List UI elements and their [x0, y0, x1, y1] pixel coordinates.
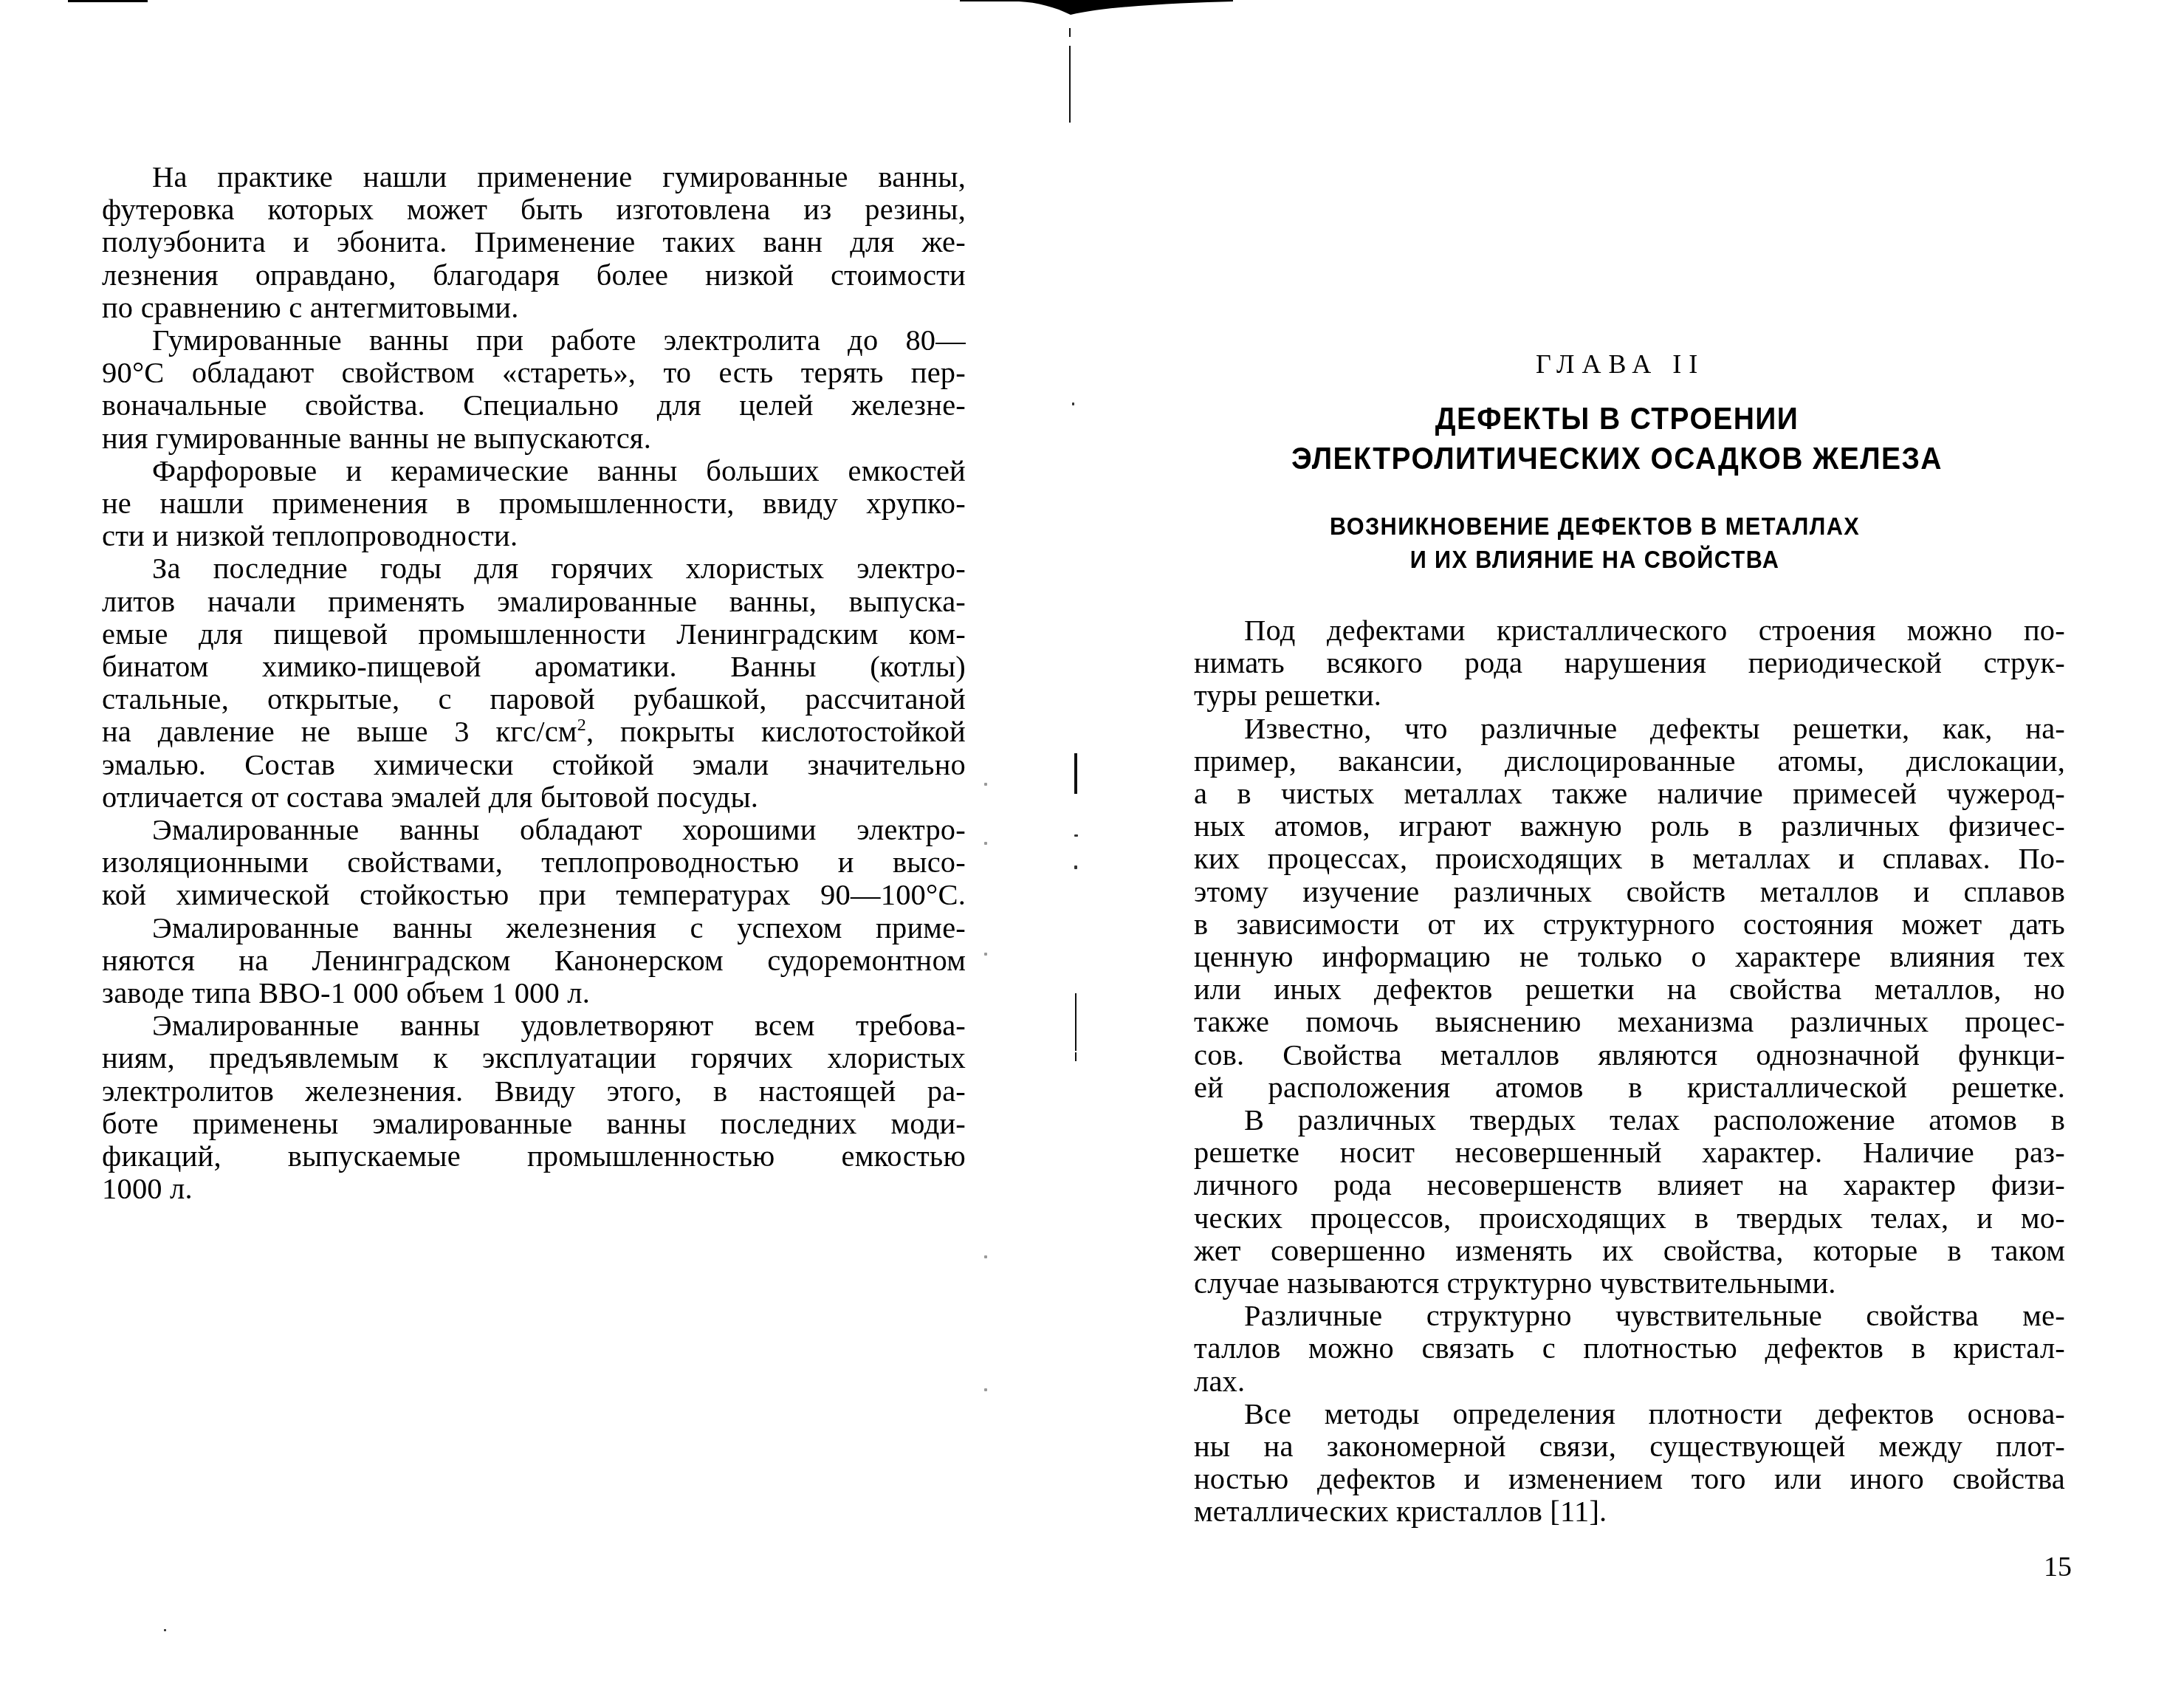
text-line: таллов можно связать с плотностью дефект… — [1194, 1332, 2065, 1365]
text-line: кой химической стойкостью при температур… — [102, 879, 966, 911]
text-line: ны на закономерной связи, существующей м… — [1194, 1430, 2065, 1463]
text-line: отличается от состава эмалей для бытовой… — [102, 781, 966, 814]
gutter-line-bottom — [1075, 1052, 1076, 1061]
text-fragment: , покрыты кислотостойкой — [586, 715, 966, 748]
text-line: по сравнению с антегмитовыми. — [102, 292, 966, 324]
text-line: в зависимости от их структурного состоян… — [1194, 908, 2065, 941]
left-page-body: На практике нашли применение гумированны… — [102, 161, 966, 1206]
text-line: Эмалированные ванны обладают хорошими эл… — [102, 814, 966, 846]
text-line: стальные, открытые, с паровой рубашкой, … — [102, 683, 966, 716]
paragraph: Эмалированные ванны обладают хорошими эл… — [102, 814, 966, 912]
gutter-line-mid — [1074, 753, 1077, 794]
text-line: нимать всякого рода нарушения периодичес… — [1194, 647, 2065, 679]
text-line: личного рода несовершенств влияет на хар… — [1194, 1169, 2065, 1201]
paragraph: Эмалированные ванны удовлетворяют всем т… — [102, 1009, 966, 1205]
text-line: Известно, что различные дефекты решетки,… — [1194, 713, 2065, 745]
text-line: Фарфоровые и керамические ванны больших … — [102, 455, 966, 487]
text-line: ностью дефектов и изменением того или ин… — [1194, 1463, 2065, 1495]
paragraph: За последние годы для горячих хлористых … — [102, 552, 966, 814]
chapter-title-line: ЭЛЕКТРОЛИТИЧЕСКИХ ОСАДКОВ ЖЕЛЕЗА — [1257, 439, 1978, 479]
text-line: ческих процессов, происходящих в твердых… — [1194, 1202, 2065, 1235]
text-line: боте применены эмалированные ванны после… — [102, 1108, 966, 1140]
scan-speck — [1074, 865, 1077, 869]
text-line: 1000 л. — [102, 1173, 966, 1205]
text-fragment: на давление не выше 3 кгс/см — [102, 715, 577, 748]
text-line: сти и низкой теплопроводности. — [102, 520, 966, 552]
chapter-title: ДЕФЕКТЫ В СТРОЕНИИ ЭЛЕКТРОЛИТИЧЕСКИХ ОСА… — [1257, 399, 1978, 479]
superscript: 2 — [577, 716, 586, 735]
text-line: Эмалированные ванны удовлетворяют всем т… — [102, 1009, 966, 1042]
text-line: бинатом химико-пищевой ароматики. Ванны … — [102, 651, 966, 683]
text-line: жет совершенно изменять их свойства, кот… — [1194, 1235, 2065, 1267]
text-line: литов начали применять эмалированные ван… — [102, 586, 966, 618]
text-line: ких процессах, происходящих в металлах и… — [1194, 843, 2065, 875]
text-line: Под дефектами кристаллического строения … — [1194, 614, 2065, 647]
text-line: пример, вакансии, дислоцированные атомы,… — [1194, 745, 2065, 778]
text-line: футеровка которых может быть изготовлена… — [102, 193, 966, 226]
text-line: туры решетки. — [1194, 679, 2065, 712]
text-line: Различные структурно чувствительные свой… — [1194, 1300, 2065, 1332]
paragraph: В различных твердых телах расположение а… — [1194, 1104, 2065, 1300]
text-line: лах. — [1194, 1365, 2065, 1398]
text-line: а в чистых металлах также наличие примес… — [1194, 778, 2065, 810]
text-line: фикаций, выпускаемые промышленностью емк… — [102, 1140, 966, 1173]
text-line: случае называются структурно чувствитель… — [1194, 1267, 2065, 1300]
right-page-body: Под дефектами кристаллического строения … — [1194, 614, 2065, 1529]
text-line-with-superscript: на давление не выше 3 кгс/см2, покрыты к… — [102, 716, 966, 748]
text-line: изоляционными свойствами, теплопроводнос… — [102, 846, 966, 879]
chapter-title-line: ДЕФЕКТЫ В СТРОЕНИИ — [1257, 399, 1978, 439]
text-line: ценную информацию не только о характере … — [1194, 941, 2065, 973]
gutter-line-top-2 — [1069, 46, 1071, 123]
paragraph: Различные структурно чувствительные свой… — [1194, 1300, 2065, 1398]
text-line: ных атомов, играют важную роль в различн… — [1194, 810, 2065, 843]
text-line: На практике нашли применение гумированны… — [102, 161, 966, 193]
text-line: Гумированные ванны при работе электролит… — [102, 324, 966, 357]
chapter-label: ГЛАВА II — [1536, 349, 1705, 380]
text-line: ния гумированные ванны не выпускаются. — [102, 422, 966, 455]
text-line: В различных твердых телах расположение а… — [1194, 1104, 2065, 1137]
left-page: На практике нашли применение гумированны… — [0, 0, 1069, 1697]
page-number: 15 — [2044, 1551, 2072, 1583]
text-line: Эмалированные ванны железнения с успехом… — [102, 912, 966, 945]
text-line: няются на Ленинградском Канонерском судо… — [102, 945, 966, 977]
section-title-line: И ИХ ВЛИЯНИЕ НА СВОЙСТВА — [1279, 543, 1911, 576]
text-line: ниям, предъявлемым к эксплуатации горячи… — [102, 1042, 966, 1074]
text-line: решетке носит несовершенный характер. На… — [1194, 1137, 2065, 1169]
paragraph: Гумированные ванны при работе электролит… — [102, 324, 966, 455]
text-line: емые для пищевой промышленности Ленингра… — [102, 618, 966, 651]
text-line: 90°С обладают свойством «стареть», то ес… — [102, 357, 966, 389]
paragraph: Известно, что различные дефекты решетки,… — [1194, 713, 2065, 1104]
section-title-line: ВОЗНИКНОВЕНИЕ ДЕФЕКТОВ В МЕТАЛЛАХ — [1279, 510, 1911, 543]
text-line: За последние годы для горячих хлористых … — [102, 552, 966, 585]
text-line: эмалью. Состав химически стойкой эмали з… — [102, 749, 966, 781]
text-line: электролитов железнения. Ввиду этого, в … — [102, 1075, 966, 1108]
gutter-line-lower — [1075, 993, 1076, 1051]
paragraph: На практике нашли применение гумированны… — [102, 161, 966, 324]
text-line: заводе типа ВВО-1 000 объем 1 000 л. — [102, 977, 966, 1009]
paragraph: Под дефектами кристаллического строения … — [1194, 614, 2065, 713]
scan-speck — [1072, 402, 1074, 405]
text-line: Все методы определения плотности дефекто… — [1194, 1398, 2065, 1430]
text-line: сов. Свойства металлов являются однознач… — [1194, 1039, 2065, 1072]
paragraph: Фарфоровые и керамические ванны больших … — [102, 455, 966, 553]
text-line: или иных дефектов решетки на свойства ме… — [1194, 973, 2065, 1006]
gutter-line-top — [1069, 28, 1071, 37]
text-line: полуэбонита и эбонита. Применение таких … — [102, 226, 966, 258]
paragraph: Все методы определения плотности дефекто… — [1194, 1398, 2065, 1529]
text-line: также помочь выяснению механизма различн… — [1194, 1006, 2065, 1038]
text-line: лезнения оправдано, благодаря более низк… — [102, 259, 966, 292]
text-line: ей расположения атомов в кристаллической… — [1194, 1072, 2065, 1104]
section-title: ВОЗНИКНОВЕНИЕ ДЕФЕКТОВ В МЕТАЛЛАХ И ИХ В… — [1279, 510, 1911, 576]
text-line: воначальные свойства. Специально для цел… — [102, 389, 966, 422]
paragraph: Эмалированные ванны железнения с успехом… — [102, 912, 966, 1010]
text-line: не нашли применения в промышленности, вв… — [102, 487, 966, 520]
text-line: металлических кристаллов [11]. — [1194, 1495, 2065, 1528]
scan-speck — [1074, 834, 1078, 837]
text-line: этому изучение различных свойств металло… — [1194, 876, 2065, 908]
